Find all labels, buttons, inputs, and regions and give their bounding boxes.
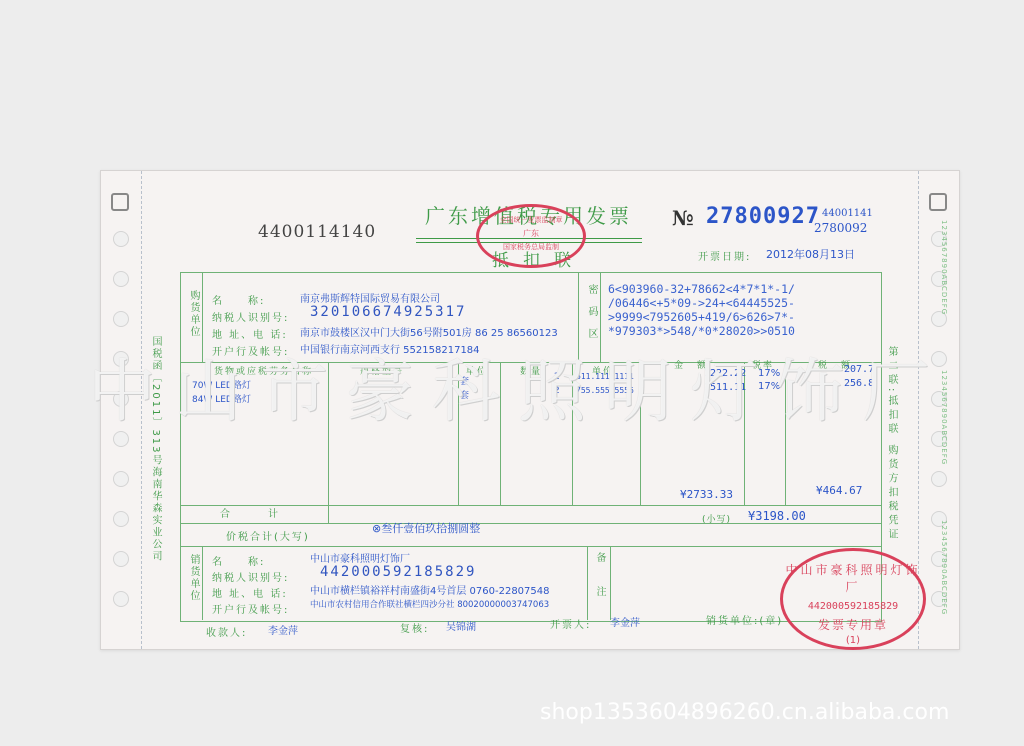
watermark: 中山市豪科照明灯饰厂 (88, 338, 948, 435)
grand-total-in-figures: ¥3198.00 (748, 509, 806, 523)
number-symbol: № (672, 206, 694, 230)
invoice-number: 27800927 (706, 204, 820, 229)
invoice-date: 2012年08月13日 (766, 246, 855, 262)
edge-code-3: 1234567890ABCDEFG (940, 520, 948, 615)
total-tax: ¥464.67 (816, 484, 862, 497)
seller-invoice-stamp: 中山市豪科照明灯饰厂 442000592185829 发票专用章 (1) (780, 548, 926, 650)
date-label: 开票日期: (698, 248, 751, 263)
total-label: 合 计 (220, 505, 284, 520)
issuer-label: 开票人: (550, 616, 591, 631)
edge-code-1: 1234567890ABCDEFG (940, 220, 948, 315)
seller-bank-label: 开户行及帐号: (212, 601, 289, 616)
remarks-label: 备注 (592, 552, 607, 620)
cipher-line-3: >9999<7952605+419/6>626>7*- (608, 310, 795, 324)
buyer-address: 南京市鼓楼区汉中门大街56号附501房 86 25 86560123 (300, 324, 558, 339)
seller-section-label: 销货单位 (186, 554, 201, 602)
buyer-section-label: 购货单位 (186, 290, 201, 338)
reviewer: 吴锦湖 (446, 618, 476, 633)
invoice-code-right-1: 44001141 (822, 208, 873, 219)
seller-name-label: 名 称: (212, 553, 265, 568)
seller-address-label: 地 址、电 话: (212, 585, 288, 600)
buyer-tax-id-label: 纳税人识别号: (212, 309, 289, 324)
payee-label: 收款人: (206, 624, 247, 639)
seller-tax-id-label: 纳税人识别号: (212, 569, 289, 584)
grand-total-in-words: ⊗叁仟壹佰玖拾捌圆整 (372, 520, 480, 536)
invoice-code: 4400114140 (258, 222, 376, 242)
footer-url: shop1353604896260.cn.alibaba.com (540, 700, 949, 725)
total-amount: ¥2733.33 (680, 488, 733, 501)
cipher-line-2: /06446<+5*09->24+<64445525- (608, 296, 795, 310)
buyer-name: 南京弗斯辉特国际贸易有限公司 (300, 290, 440, 305)
grand-total-small-label: (小写) (702, 512, 731, 525)
supervision-stamp: 全国统一发票监制章 广东 国家税务总局监制 (476, 204, 586, 268)
reviewer-label: 复核: (400, 620, 429, 635)
seller-bank: 中山市农村信用合作联社横栏四沙分社 80020000003747063 (310, 598, 549, 610)
issuer: 李金萍 (610, 614, 640, 629)
buyer-name-label: 名 称: (212, 292, 265, 307)
seller-name: 中山市豪科照明灯饰厂 (310, 550, 410, 565)
seller-seal-label: 销货单位:(章) (706, 612, 783, 627)
grand-total-label: 价税合计(大写) (226, 528, 310, 543)
invoice-code-right-2: 2780092 (814, 221, 867, 235)
seller-address: 中山市横栏镇裕祥村南盛街4号首层 0760-22807548 (310, 582, 550, 597)
cipher-line-1: 6<903960-32+78662<4*7*1*-1/ (608, 282, 795, 296)
seller-tax-id: 442000592185829 (320, 564, 476, 580)
buyer-tax-id: 320106674925317 (310, 304, 466, 320)
payee: 李金萍 (268, 622, 298, 637)
cipher-line-4: *979303*>548/*0*28020>>0510 (608, 324, 795, 338)
